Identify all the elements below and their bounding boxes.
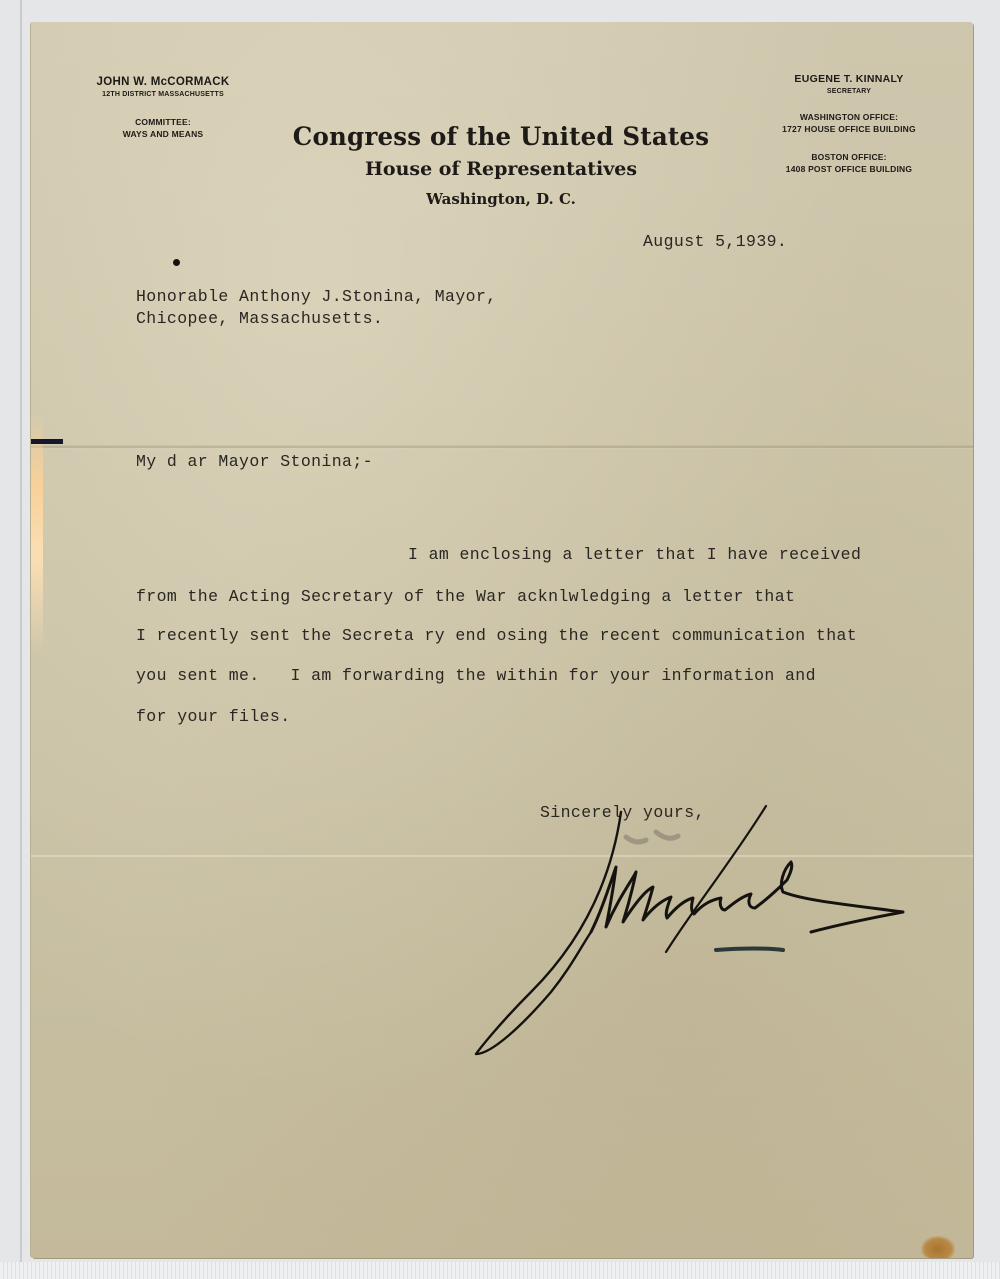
body-line: I am enclosing a letter that I have rece…: [408, 545, 861, 564]
recipient-line-1: Honorable Anthony J.Stonina, Mayor,: [136, 286, 497, 308]
body-line: for your files.: [136, 707, 291, 726]
letterhead-center: Congress of the United States House of R…: [281, 122, 721, 209]
corner-stain: [921, 1236, 955, 1258]
washington-office-label: WASHINGTON OFFICE:: [754, 111, 944, 123]
secretary-role: SECRETARY: [754, 88, 944, 95]
letterhead-subtitle: House of Representatives: [281, 156, 721, 182]
letterhead-title: Congress of the United States: [285, 122, 716, 152]
letterhead-city: Washington, D. C.: [281, 189, 721, 209]
letterhead-right: EUGENE T. KINNALY SECRETARY WASHINGTON O…: [754, 73, 944, 175]
punch-dot: [173, 259, 180, 266]
washington-office-address: 1727 HOUSE OFFICE BUILDING: [754, 123, 944, 135]
boston-office-label: BOSTON OFFICE:: [754, 151, 944, 163]
body-line: I recently sent the Secreta ry end osing…: [136, 626, 857, 645]
salutation: My d ar Mayor Stonina;-: [136, 452, 373, 471]
congressman-name: JOHN W. McCORMACK: [71, 76, 255, 88]
secretary-name: EUGENE T. KINNALY: [754, 73, 944, 85]
body-line: you sent me. I am forwarding the within …: [136, 666, 816, 685]
scanner-bottom-ruler: [0, 1262, 1000, 1279]
committee-label: COMMITTEE:: [71, 116, 255, 128]
recipient-line-2: Chicopee, Massachusetts.: [136, 308, 383, 330]
fold-crease-upper: [31, 445, 973, 449]
letterhead-left: JOHN W. McCORMACK 12TH DISTRICT MASSACHU…: [71, 76, 255, 140]
signature-icon: [431, 792, 911, 1072]
committee-name: WAYS AND MEANS: [71, 128, 255, 140]
letter-page: JOHN W. McCORMACK 12TH DISTRICT MASSACHU…: [31, 22, 973, 1258]
congressman-district: 12TH DISTRICT MASSACHUSETTS: [71, 91, 255, 98]
body-line: from the Acting Secretary of the War ack…: [136, 587, 795, 606]
edge-marker-tab: [31, 439, 63, 444]
boston-office-address: 1408 POST OFFICE BUILDING: [754, 163, 944, 175]
edge-light-glare: [31, 412, 43, 652]
scanner-edge-line: [20, 0, 22, 1279]
letter-date: August 5,1939.: [643, 232, 787, 251]
